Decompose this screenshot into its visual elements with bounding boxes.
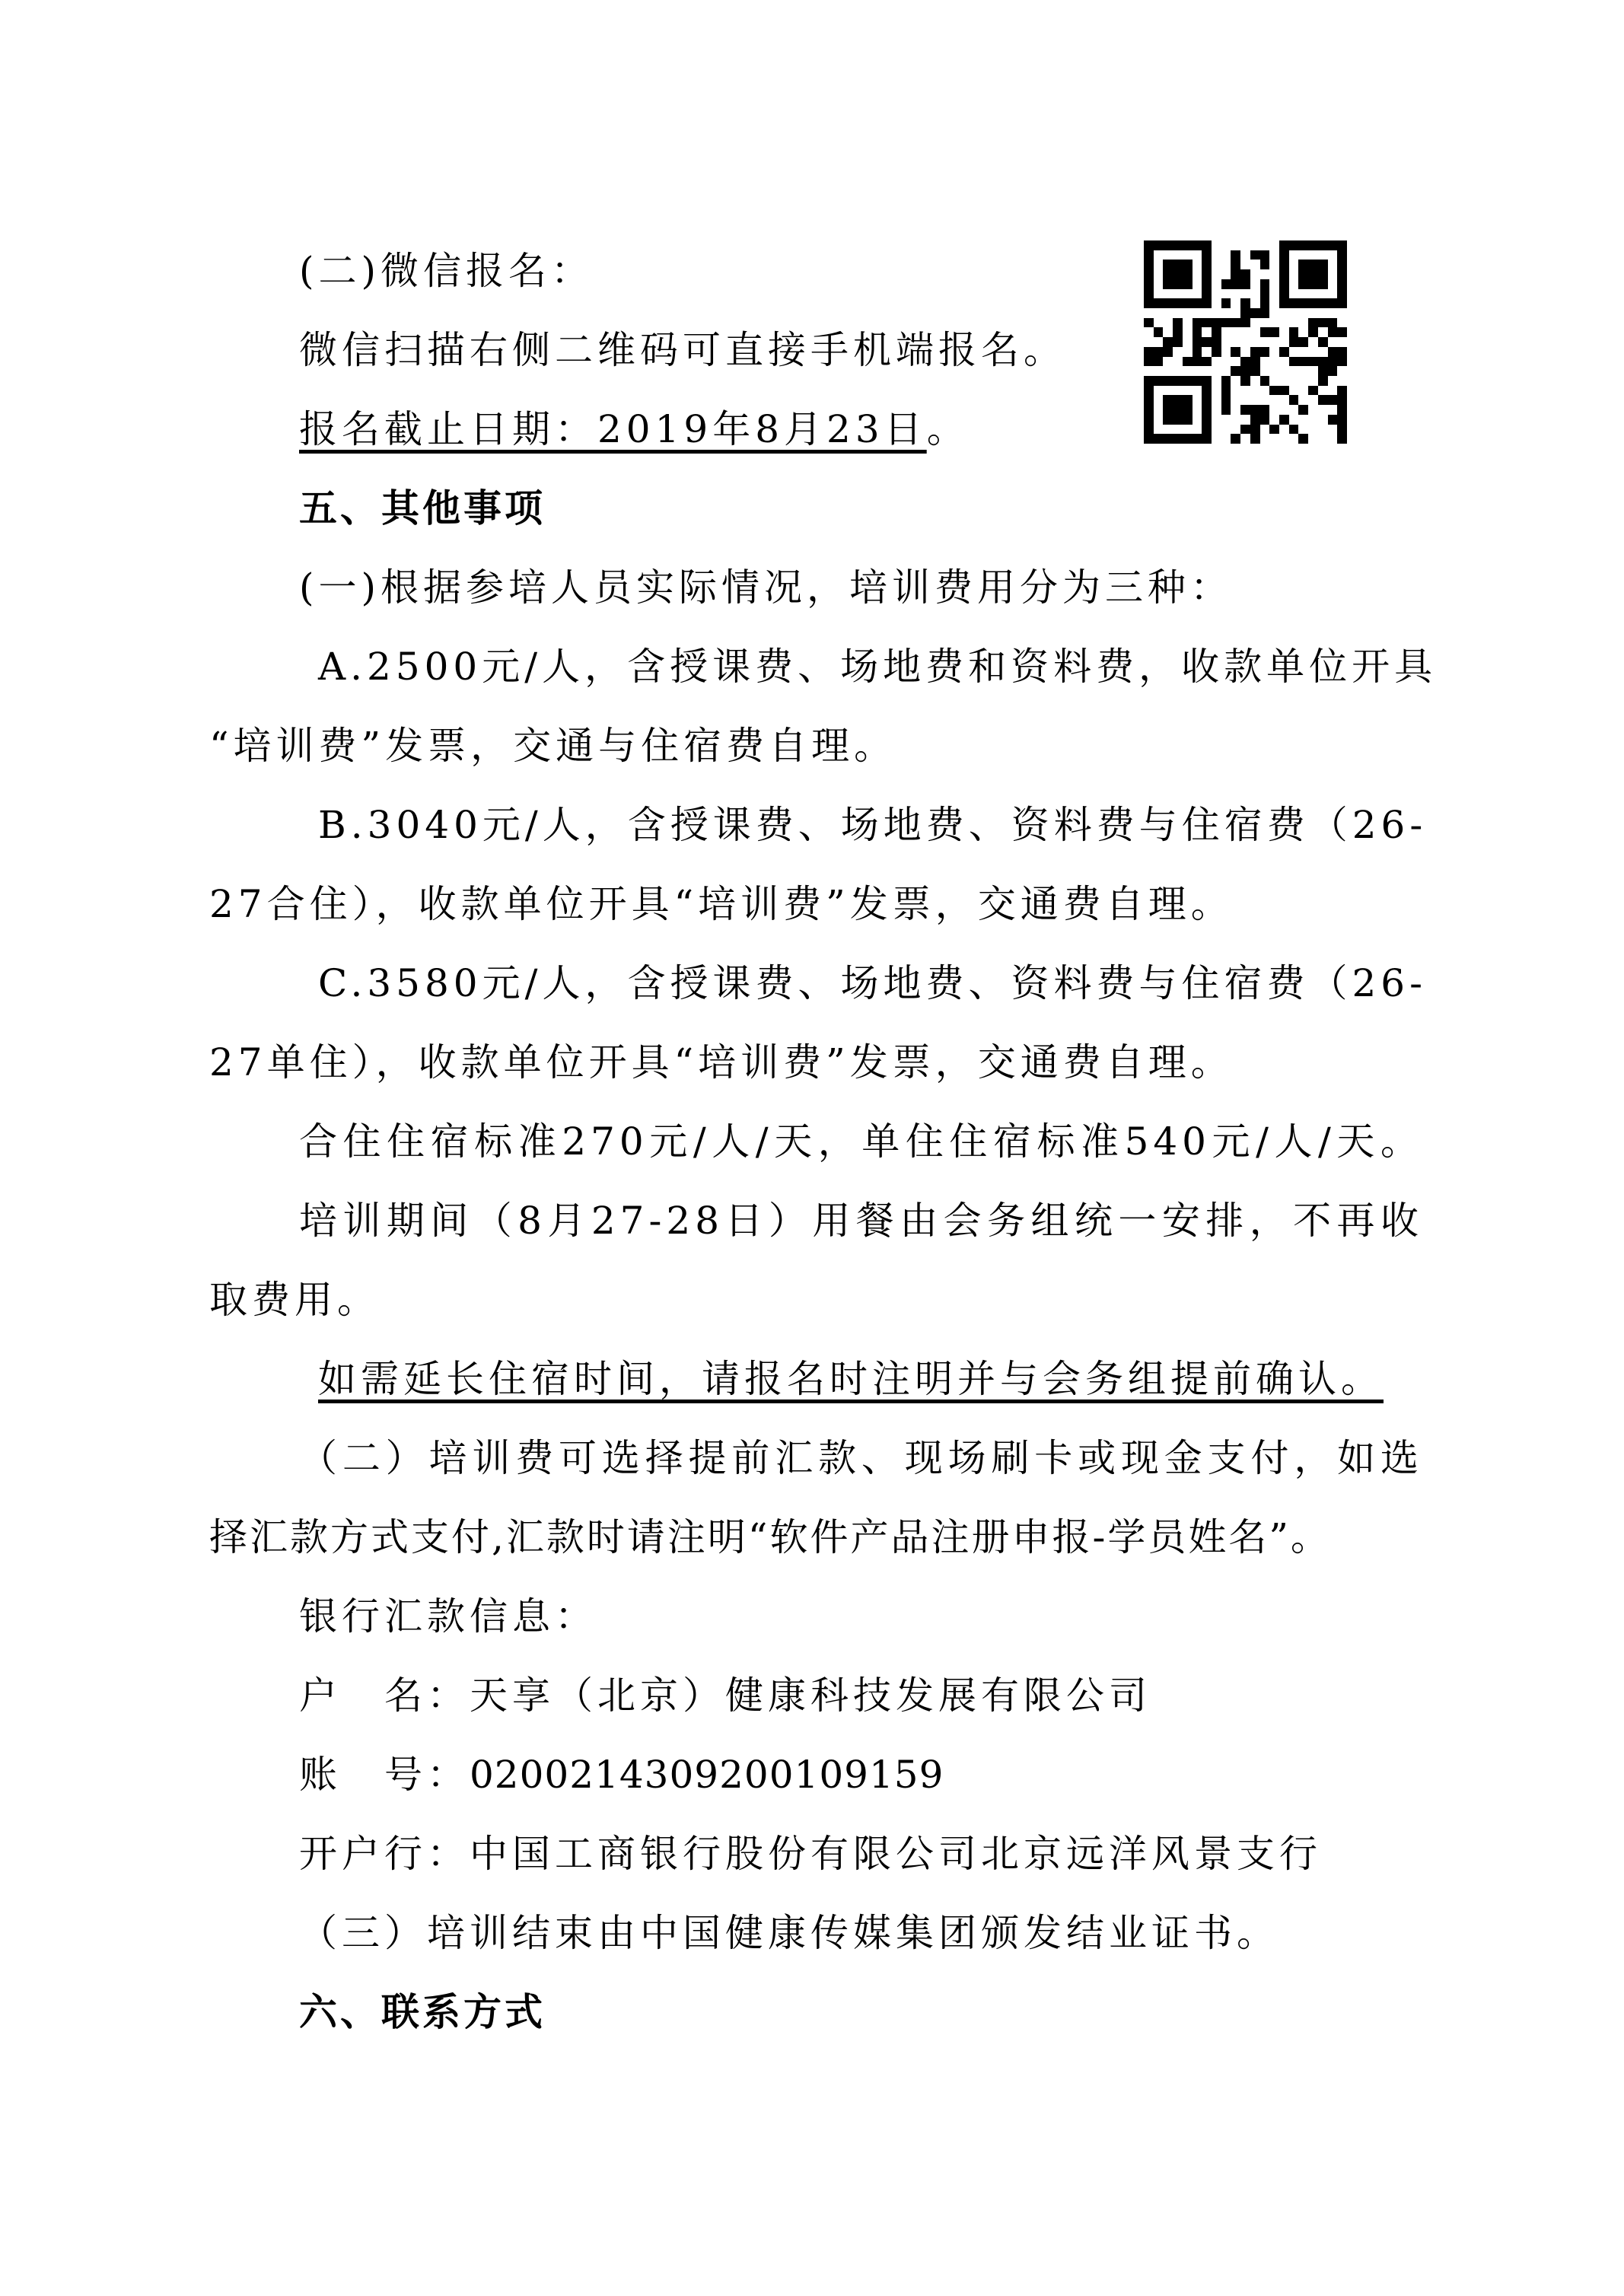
lodging-standard: 合住住宿标准270元/人/天，单住住宿标准540元/人/天。 [299, 1119, 1423, 1164]
payment-line2: 择汇款方式支付,汇款时请注明“软件产品注册申报-学员姓名”。 [209, 1514, 1331, 1560]
account-name-label: 户 名： [299, 1673, 470, 1718]
certificate-note: （三）培训结束由中国健康传媒集团颁发结业证书。 [299, 1910, 1279, 1956]
account-name-value: 天享（北京）健康科技发展有限公司 [470, 1673, 1151, 1718]
account-name-row: 户 名：天享（北京）健康科技发展有限公司 [299, 1673, 1151, 1718]
section-5-heading: 五、其他事项 [299, 486, 546, 531]
wechat-registration-instruction: 微信扫描右侧二维码可直接手机端报名。 [299, 327, 1066, 373]
extension-note: 如需延长住宿时间，请报名时注明并与会务组提前确认。 [318, 1356, 1423, 1402]
meals-line2: 取费用。 [209, 1277, 380, 1323]
fee-intro: (一)根据参培人员实际情况，培训费用分为三种： [299, 565, 1233, 610]
fee-option-c-line1: C.3580元/人，含授课费、场地费、资料费与住宿费（26- [318, 960, 1423, 1006]
fee-option-a-line1: A.2500元/人，含授课费、场地费和资料费，收款单位开具 [318, 644, 1423, 689]
bank-row: 开户行：中国工商银行股份有限公司北京远洋风景支行 [299, 1831, 1322, 1877]
wechat-qr-code [1144, 240, 1347, 444]
account-number-row: 账 号：0200214309200109159 [299, 1752, 944, 1798]
account-number-value: 0200214309200109159 [470, 1753, 944, 1797]
registration-deadline-date: 报名截止日期：2019年8月23日 [299, 407, 927, 451]
meals-line1: 培训期间（8月27-28日）用餐由会务组统一安排，不再收 [299, 1198, 1423, 1244]
bank-label: 开户行： [299, 1832, 470, 1876]
payment-line1: （二）培训费可选择提前汇款、现场刷卡或现金支付，如选 [299, 1435, 1423, 1481]
account-number-label: 账 号： [299, 1753, 470, 1797]
document-page: (二)微信报名： 微信扫描右侧二维码可直接手机端报名。 报名截止日期：2019年… [0, 0, 1624, 2296]
bank-value: 中国工商银行股份有限公司北京远洋风景支行 [470, 1832, 1322, 1876]
bank-info-label: 银行汇款信息： [299, 1594, 597, 1639]
fee-option-b-line2: 27合住），收款单位开具“培训费”发票，交通费自理。 [209, 881, 1234, 927]
section-6-heading: 六、联系方式 [299, 1989, 546, 2035]
fee-option-a-line2: “培训费”发票，交通与住宿费自理。 [209, 723, 896, 769]
registration-deadline: 报名截止日期：2019年8月23日。 [299, 406, 970, 452]
wechat-registration-title: (二)微信报名： [299, 248, 594, 294]
fee-option-c-line2: 27单住），收款单位开具“培训费”发票，交通费自理。 [209, 1040, 1234, 1085]
fee-option-b-line1: B.3040元/人，含授课费、场地费、资料费与住宿费（26- [318, 802, 1423, 848]
